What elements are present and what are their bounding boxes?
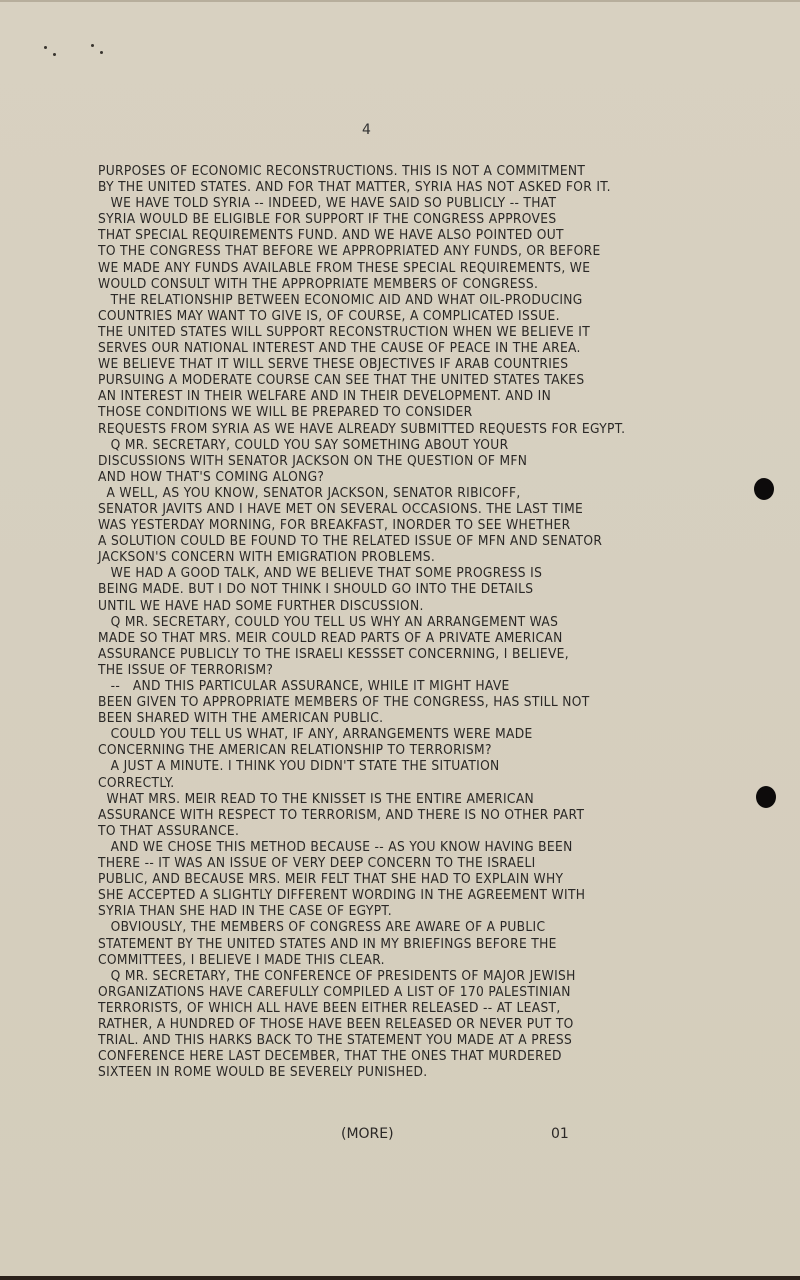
text-line: WOULD CONSULT WITH THE APPROPRIATE MEMBE… [98, 277, 730, 293]
text-line: TO THAT ASSURANCE. [98, 824, 730, 840]
text-line: THE ISSUE OF TERRORISM? [98, 663, 730, 679]
text-line: CONFERENCE HERE LAST DECEMBER, THAT THE … [98, 1049, 730, 1065]
text-line: TO THE CONGRESS THAT BEFORE WE APPROPRIA… [98, 244, 730, 260]
text-line: ORGANIZATIONS HAVE CAREFULLY COMPILED A … [98, 985, 730, 1001]
text-line: MADE SO THAT MRS. MEIR COULD READ PARTS … [98, 631, 730, 647]
text-line: AND HOW THAT'S COMING ALONG? [98, 470, 730, 486]
speck-mark [53, 53, 56, 56]
text-line: SERVES OUR NATIONAL INTEREST AND THE CAU… [98, 341, 730, 357]
text-line: PUBLIC, AND BECAUSE MRS. MEIR FELT THAT … [98, 872, 730, 888]
text-line: RATHER, A HUNDRED OF THOSE HAVE BEEN REL… [98, 1017, 730, 1033]
document-page: 4 PURPOSES OF ECONOMIC RECONSTRUCTIONS. … [0, 0, 800, 1276]
speck-mark [91, 44, 94, 47]
text-line: SYRIA WOULD BE ELIGIBLE FOR SUPPORT IF T… [98, 212, 730, 228]
text-line: WE BELIEVE THAT IT WILL SERVE THESE OBJE… [98, 357, 730, 373]
text-line: A JUST A MINUTE. I THINK YOU DIDN'T STAT… [98, 759, 730, 775]
text-line: OBVIOUSLY, THE MEMBERS OF CONGRESS ARE A… [98, 920, 730, 936]
text-line: WE HAVE TOLD SYRIA -- INDEED, WE HAVE SA… [98, 196, 730, 212]
text-line: THE UNITED STATES WILL SUPPORT RECONSTRU… [98, 325, 730, 341]
text-line: WE HAD A GOOD TALK, AND WE BELIEVE THAT … [98, 566, 730, 582]
text-line: WAS YESTERDAY MORNING, FOR BREAKFAST, IN… [98, 518, 730, 534]
text-line: PURSUING A MODERATE COURSE CAN SEE THAT … [98, 373, 730, 389]
speck-mark [100, 51, 103, 54]
page-number: 4 [362, 122, 371, 138]
punch-hole [756, 786, 776, 808]
text-line: -- AND THIS PARTICULAR ASSURANCE, WHILE … [98, 679, 730, 695]
text-line: WE MADE ANY FUNDS AVAILABLE FROM THESE S… [98, 261, 730, 277]
text-line: JACKSON'S CONCERN WITH EMIGRATION PROBLE… [98, 550, 730, 566]
text-line: COULD YOU TELL US WHAT, IF ANY, ARRANGEM… [98, 727, 730, 743]
text-line: A WELL, AS YOU KNOW, SENATOR JACKSON, SE… [98, 486, 730, 502]
page-code: 01 [551, 1126, 569, 1142]
text-line: SENATOR JAVITS AND I HAVE MET ON SEVERAL… [98, 502, 730, 518]
text-line: PURPOSES OF ECONOMIC RECONSTRUCTIONS. TH… [98, 164, 730, 180]
more-indicator: (MORE) [341, 1126, 394, 1142]
page-bottom-edge [0, 1276, 800, 1280]
speck-mark [44, 46, 47, 49]
text-line: CORRECTLY. [98, 776, 730, 792]
text-line: COUNTRIES MAY WANT TO GIVE IS, OF COURSE… [98, 309, 730, 325]
text-line: SYRIA THAN SHE HAD IN THE CASE OF EGYPT. [98, 904, 730, 920]
text-line: SHE ACCEPTED A SLIGHTLY DIFFERENT WORDIN… [98, 888, 730, 904]
text-line: A SOLUTION COULD BE FOUND TO THE RELATED… [98, 534, 730, 550]
text-line: Q MR. SECRETARY, COULD YOU SAY SOMETHING… [98, 438, 730, 454]
text-line: Q MR. SECRETARY, COULD YOU TELL US WHY A… [98, 615, 730, 631]
text-line: TERRORISTS, OF WHICH ALL HAVE BEEN EITHE… [98, 1001, 730, 1017]
text-line: UNTIL WE HAVE HAD SOME FURTHER DISCUSSIO… [98, 599, 730, 615]
document-body: PURPOSES OF ECONOMIC RECONSTRUCTIONS. TH… [98, 164, 730, 1081]
text-line: THAT SPECIAL REQUIREMENTS FUND. AND WE H… [98, 228, 730, 244]
text-line: THERE -- IT WAS AN ISSUE OF VERY DEEP CO… [98, 856, 730, 872]
text-line: TRIAL. AND THIS HARKS BACK TO THE STATEM… [98, 1033, 730, 1049]
text-line: DISCUSSIONS WITH SENATOR JACKSON ON THE … [98, 454, 730, 470]
text-line: THE RELATIONSHIP BETWEEN ECONOMIC AID AN… [98, 293, 730, 309]
text-line: BEEN SHARED WITH THE AMERICAN PUBLIC. [98, 711, 730, 727]
text-line: BEEN GIVEN TO APPROPRIATE MEMBERS OF THE… [98, 695, 730, 711]
text-line: COMMITTEES, I BELIEVE I MADE THIS CLEAR. [98, 953, 730, 969]
text-line: BEING MADE. BUT I DO NOT THINK I SHOULD … [98, 582, 730, 598]
text-line: ASSURANCE PUBLICLY TO THE ISRAELI KESSSE… [98, 647, 730, 663]
text-line: AND WE CHOSE THIS METHOD BECAUSE -- AS Y… [98, 840, 730, 856]
punch-hole [754, 478, 774, 500]
text-line: THOSE CONDITIONS WE WILL BE PREPARED TO … [98, 405, 730, 421]
text-line: Q MR. SECRETARY, THE CONFERENCE OF PRESI… [98, 969, 730, 985]
text-line: ASSURANCE WITH RESPECT TO TERRORISM, AND… [98, 808, 730, 824]
text-line: REQUESTS FROM SYRIA AS WE HAVE ALREADY S… [98, 422, 730, 438]
text-line: AN INTEREST IN THEIR WELFARE AND IN THEI… [98, 389, 730, 405]
text-line: BY THE UNITED STATES. AND FOR THAT MATTE… [98, 180, 730, 196]
text-line: WHAT MRS. MEIR READ TO THE KNISSET IS TH… [98, 792, 730, 808]
text-line: CONCERNING THE AMERICAN RELATIONSHIP TO … [98, 743, 730, 759]
text-line: STATEMENT BY THE UNITED STATES AND IN MY… [98, 937, 730, 953]
text-line: SIXTEEN IN ROME WOULD BE SEVERELY PUNISH… [98, 1065, 730, 1081]
page-top-edge [0, 0, 800, 2]
